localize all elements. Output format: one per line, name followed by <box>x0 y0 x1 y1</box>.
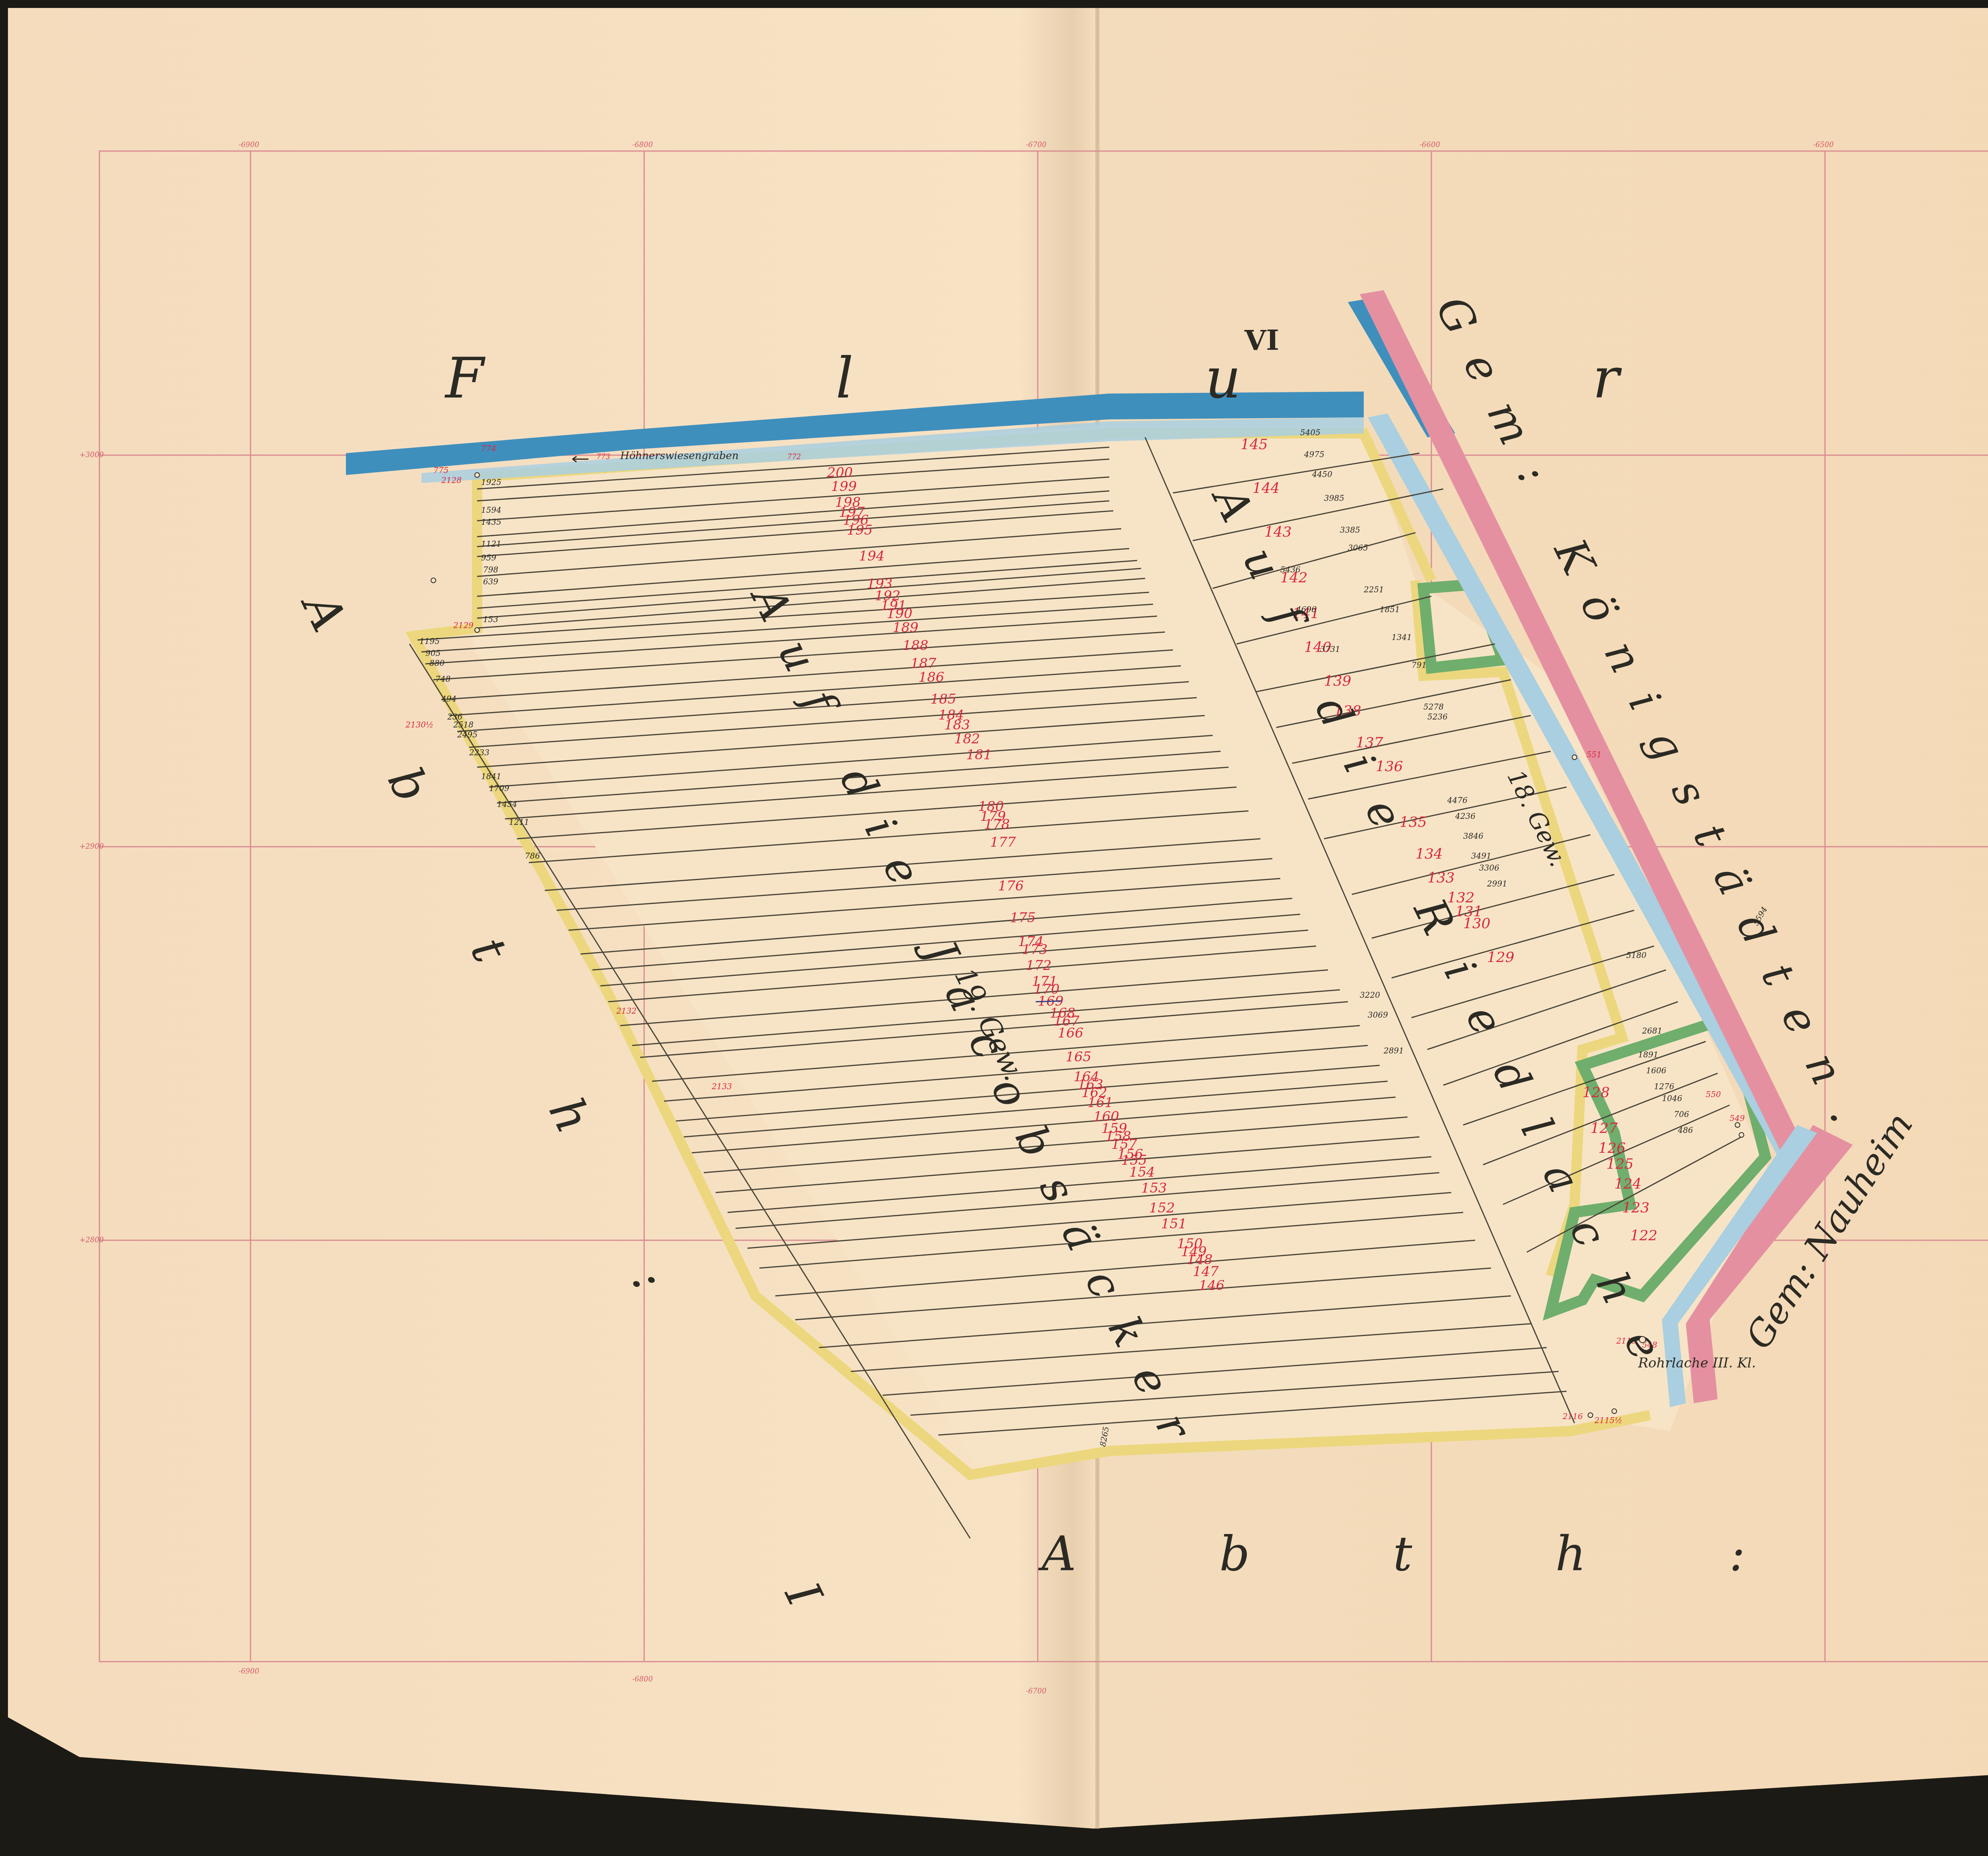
svg-text:1594: 1594 <box>481 505 501 515</box>
svg-text:2133: 2133 <box>711 1082 732 1091</box>
svg-text:186: 186 <box>918 669 944 685</box>
svg-text:122: 122 <box>1630 1228 1658 1244</box>
svg-text:774: 774 <box>481 444 496 453</box>
svg-text:1046: 1046 <box>1662 1094 1682 1103</box>
svg-text:+2800: +2800 <box>80 1236 104 1244</box>
svg-text:161: 161 <box>1087 1095 1113 1111</box>
svg-text:905: 905 <box>425 648 441 658</box>
svg-text:+3000: +3000 <box>80 451 104 459</box>
svg-text:706: 706 <box>1674 1109 1689 1119</box>
svg-text:551: 551 <box>1586 750 1602 759</box>
svg-text:2115½: 2115½ <box>1594 1416 1622 1425</box>
svg-text:-6700: -6700 <box>1026 141 1046 149</box>
svg-text:147: 147 <box>1193 1264 1219 1280</box>
svg-text:153: 153 <box>1141 1180 1167 1196</box>
svg-text:145: 145 <box>1241 436 1268 453</box>
svg-text:798: 798 <box>483 565 498 574</box>
svg-text:3069: 3069 <box>1368 1010 1388 1020</box>
svg-text:182: 182 <box>954 731 980 747</box>
svg-text:1341: 1341 <box>1392 632 1412 642</box>
svg-text:2991: 2991 <box>1487 879 1507 888</box>
svg-text:-6700: -6700 <box>1026 1687 1046 1695</box>
svg-text:4450: 4450 <box>1312 469 1332 479</box>
svg-text:165: 165 <box>1066 1049 1091 1065</box>
svg-text:1606: 1606 <box>1646 1066 1666 1075</box>
svg-text:129: 129 <box>1487 949 1514 966</box>
svg-text:153: 153 <box>483 615 498 624</box>
svg-text:190: 190 <box>887 606 912 622</box>
svg-text:748: 748 <box>435 674 450 684</box>
svg-text:1211: 1211 <box>509 817 529 827</box>
cadastral-map-sheet: -6900 -6800 -6700 -6600 -6500 +3000 +290… <box>0 0 1988 1856</box>
flur-label: F l u r <box>444 346 1786 411</box>
svg-text:880: 880 <box>429 658 445 668</box>
svg-text:200: 200 <box>827 465 853 481</box>
svg-text:-6500: -6500 <box>1813 141 1834 149</box>
svg-text:173: 173 <box>1022 942 1048 958</box>
svg-text:3065: 3065 <box>1348 543 1368 553</box>
svg-text:2495: 2495 <box>457 730 478 739</box>
svg-text:1121: 1121 <box>481 539 501 549</box>
svg-text:5405: 5405 <box>1300 428 1320 437</box>
svg-text:125: 125 <box>1606 1156 1634 1172</box>
svg-text:3491: 3491 <box>1471 851 1491 861</box>
svg-text:189: 189 <box>893 620 918 636</box>
stream-label: Rohrlache III. Kl. <box>1638 1355 1756 1371</box>
svg-text:166: 166 <box>1058 1025 1083 1041</box>
svg-text:151: 151 <box>1161 1216 1187 1232</box>
svg-text:181: 181 <box>966 747 992 763</box>
svg-text:152: 152 <box>1149 1200 1175 1216</box>
svg-text:-6900: -6900 <box>239 1667 259 1676</box>
ditch-name-label: Höhnerswiesengraben <box>620 450 739 462</box>
svg-text:126: 126 <box>1598 1140 1626 1156</box>
svg-text:2132: 2132 <box>616 1006 637 1016</box>
svg-text:-6600: -6600 <box>1419 141 1440 149</box>
svg-text:2233: 2233 <box>469 748 489 757</box>
svg-text:124: 124 <box>1614 1176 1642 1192</box>
svg-text:3306: 3306 <box>1479 863 1499 873</box>
svg-text:2891: 2891 <box>1383 1046 1404 1055</box>
svg-text:195: 195 <box>847 522 873 538</box>
svg-text:1709: 1709 <box>489 784 509 793</box>
svg-text:1435: 1435 <box>481 517 501 527</box>
svg-text:-6800: -6800 <box>632 1675 653 1683</box>
svg-text:183: 183 <box>944 717 970 733</box>
svg-text:4236: 4236 <box>1455 811 1475 821</box>
svg-text:154: 154 <box>1129 1164 1155 1180</box>
svg-text:2681: 2681 <box>1642 1026 1662 1036</box>
svg-text:199: 199 <box>831 479 857 495</box>
svg-text:187: 187 <box>911 656 936 671</box>
svg-text:775: 775 <box>433 465 448 475</box>
svg-text:123: 123 <box>1622 1200 1650 1216</box>
svg-text:2251: 2251 <box>1363 585 1384 594</box>
svg-text:1891: 1891 <box>1638 1050 1658 1059</box>
svg-text:772: 772 <box>787 453 801 461</box>
svg-text:549: 549 <box>1730 1113 1745 1123</box>
svg-text:959: 959 <box>481 553 496 562</box>
svg-text:194: 194 <box>859 548 885 564</box>
svg-text:1841: 1841 <box>481 772 501 781</box>
svg-text:1851: 1851 <box>1380 605 1400 614</box>
svg-text:2128: 2128 <box>441 475 462 485</box>
svg-text:1195: 1195 <box>419 636 440 646</box>
svg-text:1454: 1454 <box>497 799 517 809</box>
svg-text:3220: 3220 <box>1360 990 1380 1000</box>
section-label-bottom: Abth: A <box>1038 1526 1988 1582</box>
svg-text:2129: 2129 <box>453 621 474 630</box>
svg-text:791: 791 <box>1411 660 1427 670</box>
svg-text:1276: 1276 <box>1654 1082 1674 1091</box>
svg-text:2518: 2518 <box>453 720 474 729</box>
svg-text:4975: 4975 <box>1304 450 1324 459</box>
svg-text:177: 177 <box>990 834 1016 850</box>
svg-text:786: 786 <box>525 851 540 861</box>
svg-text:494: 494 <box>441 694 456 704</box>
svg-text:773: 773 <box>596 453 610 461</box>
svg-text:3846: 3846 <box>1463 831 1483 841</box>
svg-text:+2900: +2900 <box>80 842 104 851</box>
svg-text:188: 188 <box>903 638 928 654</box>
svg-text:550: 550 <box>1706 1090 1721 1099</box>
svg-text:5180: 5180 <box>1626 950 1646 960</box>
svg-text:-6800: -6800 <box>632 141 653 149</box>
svg-text:175: 175 <box>1010 910 1036 926</box>
svg-text:127: 127 <box>1590 1120 1618 1136</box>
svg-text:178: 178 <box>984 816 1010 832</box>
svg-text:1925: 1925 <box>481 477 501 487</box>
svg-text:2116: 2116 <box>1562 1412 1583 1421</box>
svg-text:3985: 3985 <box>1324 493 1344 503</box>
svg-text:3385: 3385 <box>1340 525 1360 535</box>
svg-text:146: 146 <box>1199 1278 1225 1294</box>
svg-text:639: 639 <box>483 577 498 586</box>
svg-text:486: 486 <box>1677 1125 1693 1135</box>
svg-text:128: 128 <box>1582 1084 1610 1101</box>
svg-text:185: 185 <box>930 691 956 707</box>
svg-text:5236: 5236 <box>1427 712 1448 721</box>
svg-text:4476: 4476 <box>1447 795 1468 805</box>
svg-text:5278: 5278 <box>1423 702 1444 712</box>
svg-text:172: 172 <box>1026 958 1052 974</box>
svg-text:176: 176 <box>998 878 1024 894</box>
svg-text:-6900: -6900 <box>239 141 259 149</box>
